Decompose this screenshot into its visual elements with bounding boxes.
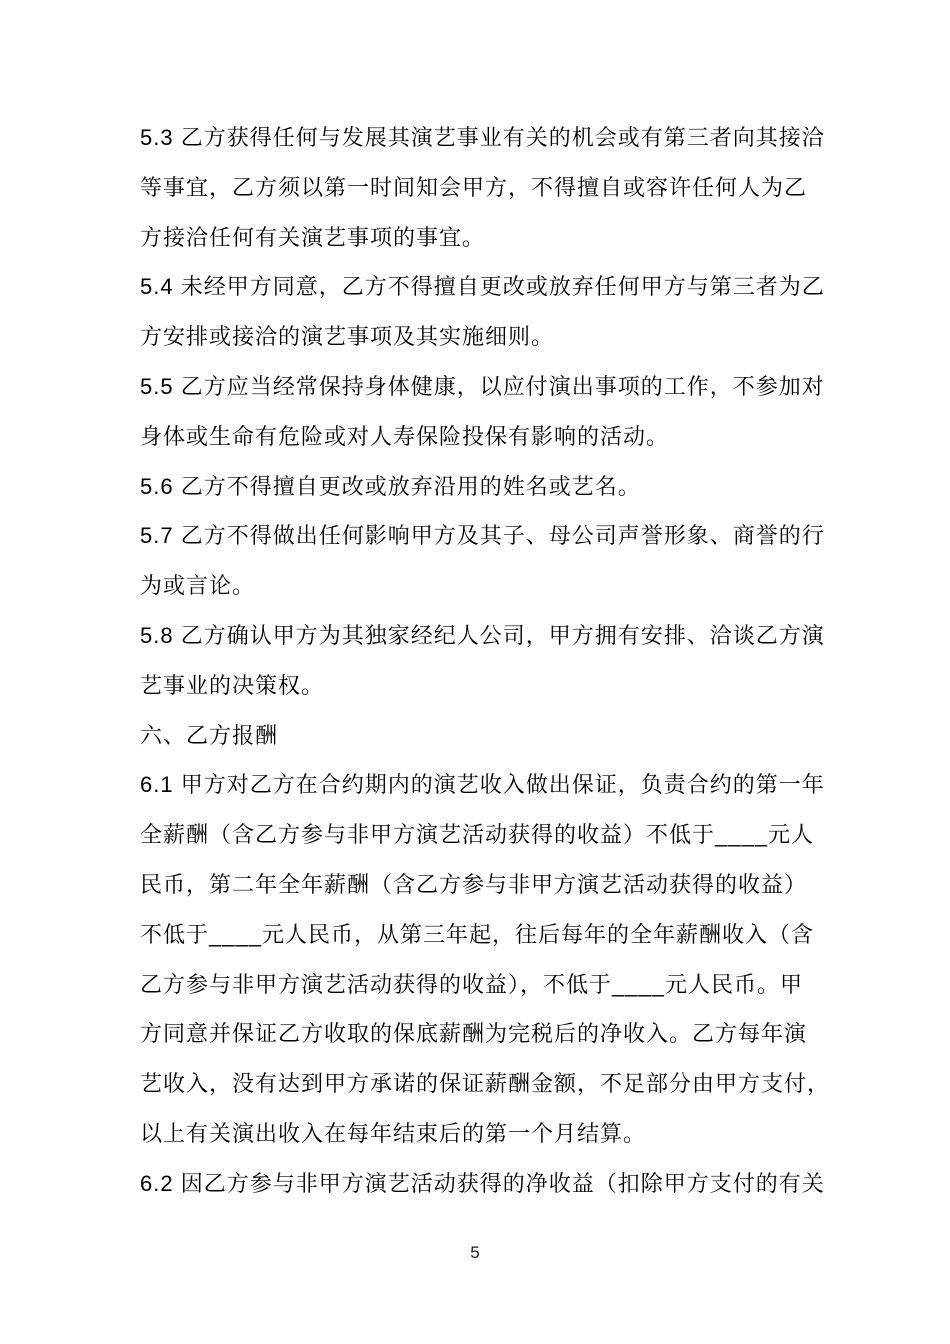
text-line-clause-6-1-cont5: 方同意并保证乙方收取的保底薪酬为完税后的净收入。乙方每年演 (140, 1009, 818, 1059)
text-line-clause-6-1-cont3: 不低于____元人民币，从第三年起，往后每年的全年薪酬收入（含 (140, 910, 818, 960)
text-line-clause-6-1-cont1: 全薪酬（含乙方参与非甲方演艺活动获得的收益）不低于____元人 (140, 810, 818, 860)
document-page: 5.3 乙方获得任何与发展其演艺事业有关的机会或有第三者向其接洽 等事宜，乙方须… (0, 0, 950, 1344)
text-line-clause-5-4-end: 方安排或接洽的演艺事项及其实施细则。 (140, 312, 818, 362)
text-line-clause-5-5: 5.5 乙方应当经常保持身体健康，以应付演出事项的工作，不参加对 (140, 362, 818, 412)
text-line-clause-5-3: 5.3 乙方获得任何与发展其演艺事业有关的机会或有第三者向其接洽 (140, 113, 818, 163)
text-line-clause-5-4: 5.4 未经甲方同意，乙方不得擅自更改或放弃任何甲方与第三者为乙 (140, 262, 818, 312)
text-line-clause-6-1-cont4: 乙方参与非甲方演艺活动获得的收益），不低于____元人民币。甲 (140, 960, 818, 1010)
text-line-clause-5-3-end: 方接洽任何有关演艺事项的事宜。 (140, 213, 818, 263)
text-line-clause-5-8-end: 艺事业的决策权。 (140, 661, 818, 711)
text-line-clause-6-1-end: 以上有关演出收入在每年结束后的第一个月结算。 (140, 1109, 818, 1159)
text-line-clause-5-6: 5.6 乙方不得擅自更改或放弃沿用的姓名或艺名。 (140, 462, 818, 512)
text-line-clause-5-5-end: 身体或生命有危险或对人寿保险投保有影响的活动。 (140, 412, 818, 462)
text-line-clause-5-7: 5.7 乙方不得做出任何影响甲方及其子、母公司声誉形象、商誉的行 (140, 511, 818, 561)
text-line-clause-6-1-cont2: 民币，第二年全年薪酬（含乙方参与非甲方演艺活动获得的收益） (140, 860, 818, 910)
page-number: 5 (0, 1242, 950, 1264)
section-heading-6: 六、乙方报酬 (140, 711, 818, 761)
text-line-clause-5-3-cont: 等事宜，乙方须以第一时间知会甲方，不得擅自或容许任何人为乙 (140, 163, 818, 213)
text-line-clause-6-1: 6.1 甲方对乙方在合约期内的演艺收入做出保证，负责合约的第一年 (140, 760, 818, 810)
text-line-clause-5-7-end: 为或言论。 (140, 561, 818, 611)
text-line-clause-6-2: 6.2 因乙方参与非甲方演艺活动获得的净收益（扣除甲方支付的有关 (140, 1159, 818, 1209)
text-line-clause-5-8: 5.8 乙方确认甲方为其独家经纪人公司，甲方拥有安排、洽谈乙方演 (140, 611, 818, 661)
text-line-clause-6-1-cont6: 艺收入，没有达到甲方承诺的保证薪酬金额，不足部分由甲方支付， (140, 1059, 818, 1109)
contract-body: 5.3 乙方获得任何与发展其演艺事业有关的机会或有第三者向其接洽 等事宜，乙方须… (140, 113, 818, 1209)
